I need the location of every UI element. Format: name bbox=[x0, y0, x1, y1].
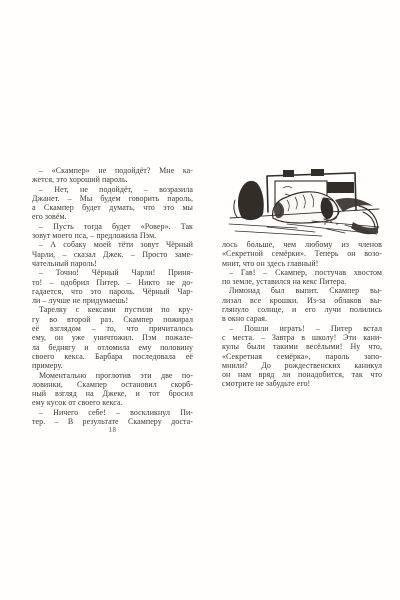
text-line: лось больше, чем любому из членов bbox=[222, 240, 382, 249]
text-line: Тарелку с кексами пустили по кру- bbox=[32, 305, 193, 314]
text-line: ему кусок от своего кекса. bbox=[32, 398, 193, 407]
text-line: то! – одобрил Питер. – Никто не до- bbox=[32, 278, 193, 287]
left-page-text: – «Скампер» не подойдёт? Мне ка-жется, э… bbox=[32, 166, 193, 426]
text-line: Джанет. – Мы будем говорить пароль, bbox=[32, 194, 193, 203]
text-line: – Нет, не подойдёт, – возразила bbox=[32, 185, 193, 194]
text-line: он нам вряд ли понадобится, так что bbox=[222, 370, 382, 379]
text-line: мнит, что он здесь главный! bbox=[222, 259, 382, 268]
text-line: её взглядом – то, что причиталось bbox=[32, 324, 193, 333]
text-line: – Пошли играть! – Питер встал bbox=[222, 324, 382, 333]
text-line: – Пусть тогда будет «Ровер». Так bbox=[32, 222, 193, 231]
text-line: глянуло солнце, и его лучи полились bbox=[222, 305, 382, 314]
text-line: примеру. bbox=[32, 361, 193, 370]
text-line: его зовём. bbox=[32, 212, 193, 221]
text-line: Чарли, – сказал Джек. – Просто заме- bbox=[32, 250, 193, 259]
text-line: «Секретной семёрки». Теперь он возо- bbox=[222, 249, 382, 258]
dog-sketch-svg bbox=[227, 160, 383, 242]
dog-illustration bbox=[227, 160, 383, 242]
page-number: 18 bbox=[32, 426, 193, 434]
text-line: гу во второй раз. Скампер пожирал bbox=[32, 315, 193, 324]
text-line: ный взгляд на Джеке, и тот бросил bbox=[32, 389, 193, 398]
text-line: по земле, уставился на кекс Питера. bbox=[222, 277, 382, 286]
text-line: своего кекса. Барбара последовала её bbox=[32, 352, 193, 361]
text-line: ему, он уже уничтожил. Пэм пожале- bbox=[32, 333, 193, 342]
text-line: ловинки, Скампер остановил скорб- bbox=[32, 380, 193, 389]
book-spread: – «Скампер» не подойдёт? Мне ка-жется, э… bbox=[0, 0, 400, 600]
text-line: мнили? До рождественских каникул bbox=[222, 361, 382, 370]
text-line: с места. – Завтра в школу! Эти кани- bbox=[222, 333, 382, 342]
text-line: – Ничего себе! – воскликнул Пи- bbox=[32, 408, 193, 417]
text-line: ли – лучше не придумаешь! bbox=[32, 296, 193, 305]
text-line: чательный пароль! bbox=[32, 259, 193, 268]
text-line: жется, это хороший пароль. bbox=[32, 175, 193, 184]
text-line: – А собаку моей тёти зовут Чёрный bbox=[32, 240, 193, 249]
text-line: кулы были такими весёлыми! Ну что, bbox=[222, 342, 382, 351]
text-line: «Секретная семёрка», пароль запо- bbox=[222, 352, 382, 361]
text-line: лизал все крошки. Из-за облаков вы- bbox=[222, 296, 382, 305]
text-line: ла беднягу и отломила ему половину bbox=[32, 343, 193, 352]
text-line: – «Скампер» не подойдёт? Мне ка- bbox=[32, 166, 193, 175]
text-line: Лимонад был выпит. Скампер вы- bbox=[222, 286, 382, 295]
text-line: смотрите не забудьте его! bbox=[222, 379, 382, 388]
text-line: Моментально проглотив эти две по- bbox=[32, 371, 193, 380]
text-line: а Скампер будет думать, что это мы bbox=[32, 203, 193, 212]
text-line: – Точно! Чёрный Чарли! Приня- bbox=[32, 268, 193, 277]
text-line: зовут моего пса, – предложила Пэм. bbox=[32, 231, 193, 240]
right-page-text: лось больше, чем любому из членов«Секрет… bbox=[222, 240, 382, 389]
text-line: гадается, что это пароль. Чёрный Чар- bbox=[32, 287, 193, 296]
text-line: – Гав! – Скампер, постучав хвостом bbox=[222, 268, 382, 277]
text-line: тер. – В результате Скамперу доста- bbox=[32, 417, 193, 426]
text-line: в окно сарая. bbox=[222, 314, 382, 323]
